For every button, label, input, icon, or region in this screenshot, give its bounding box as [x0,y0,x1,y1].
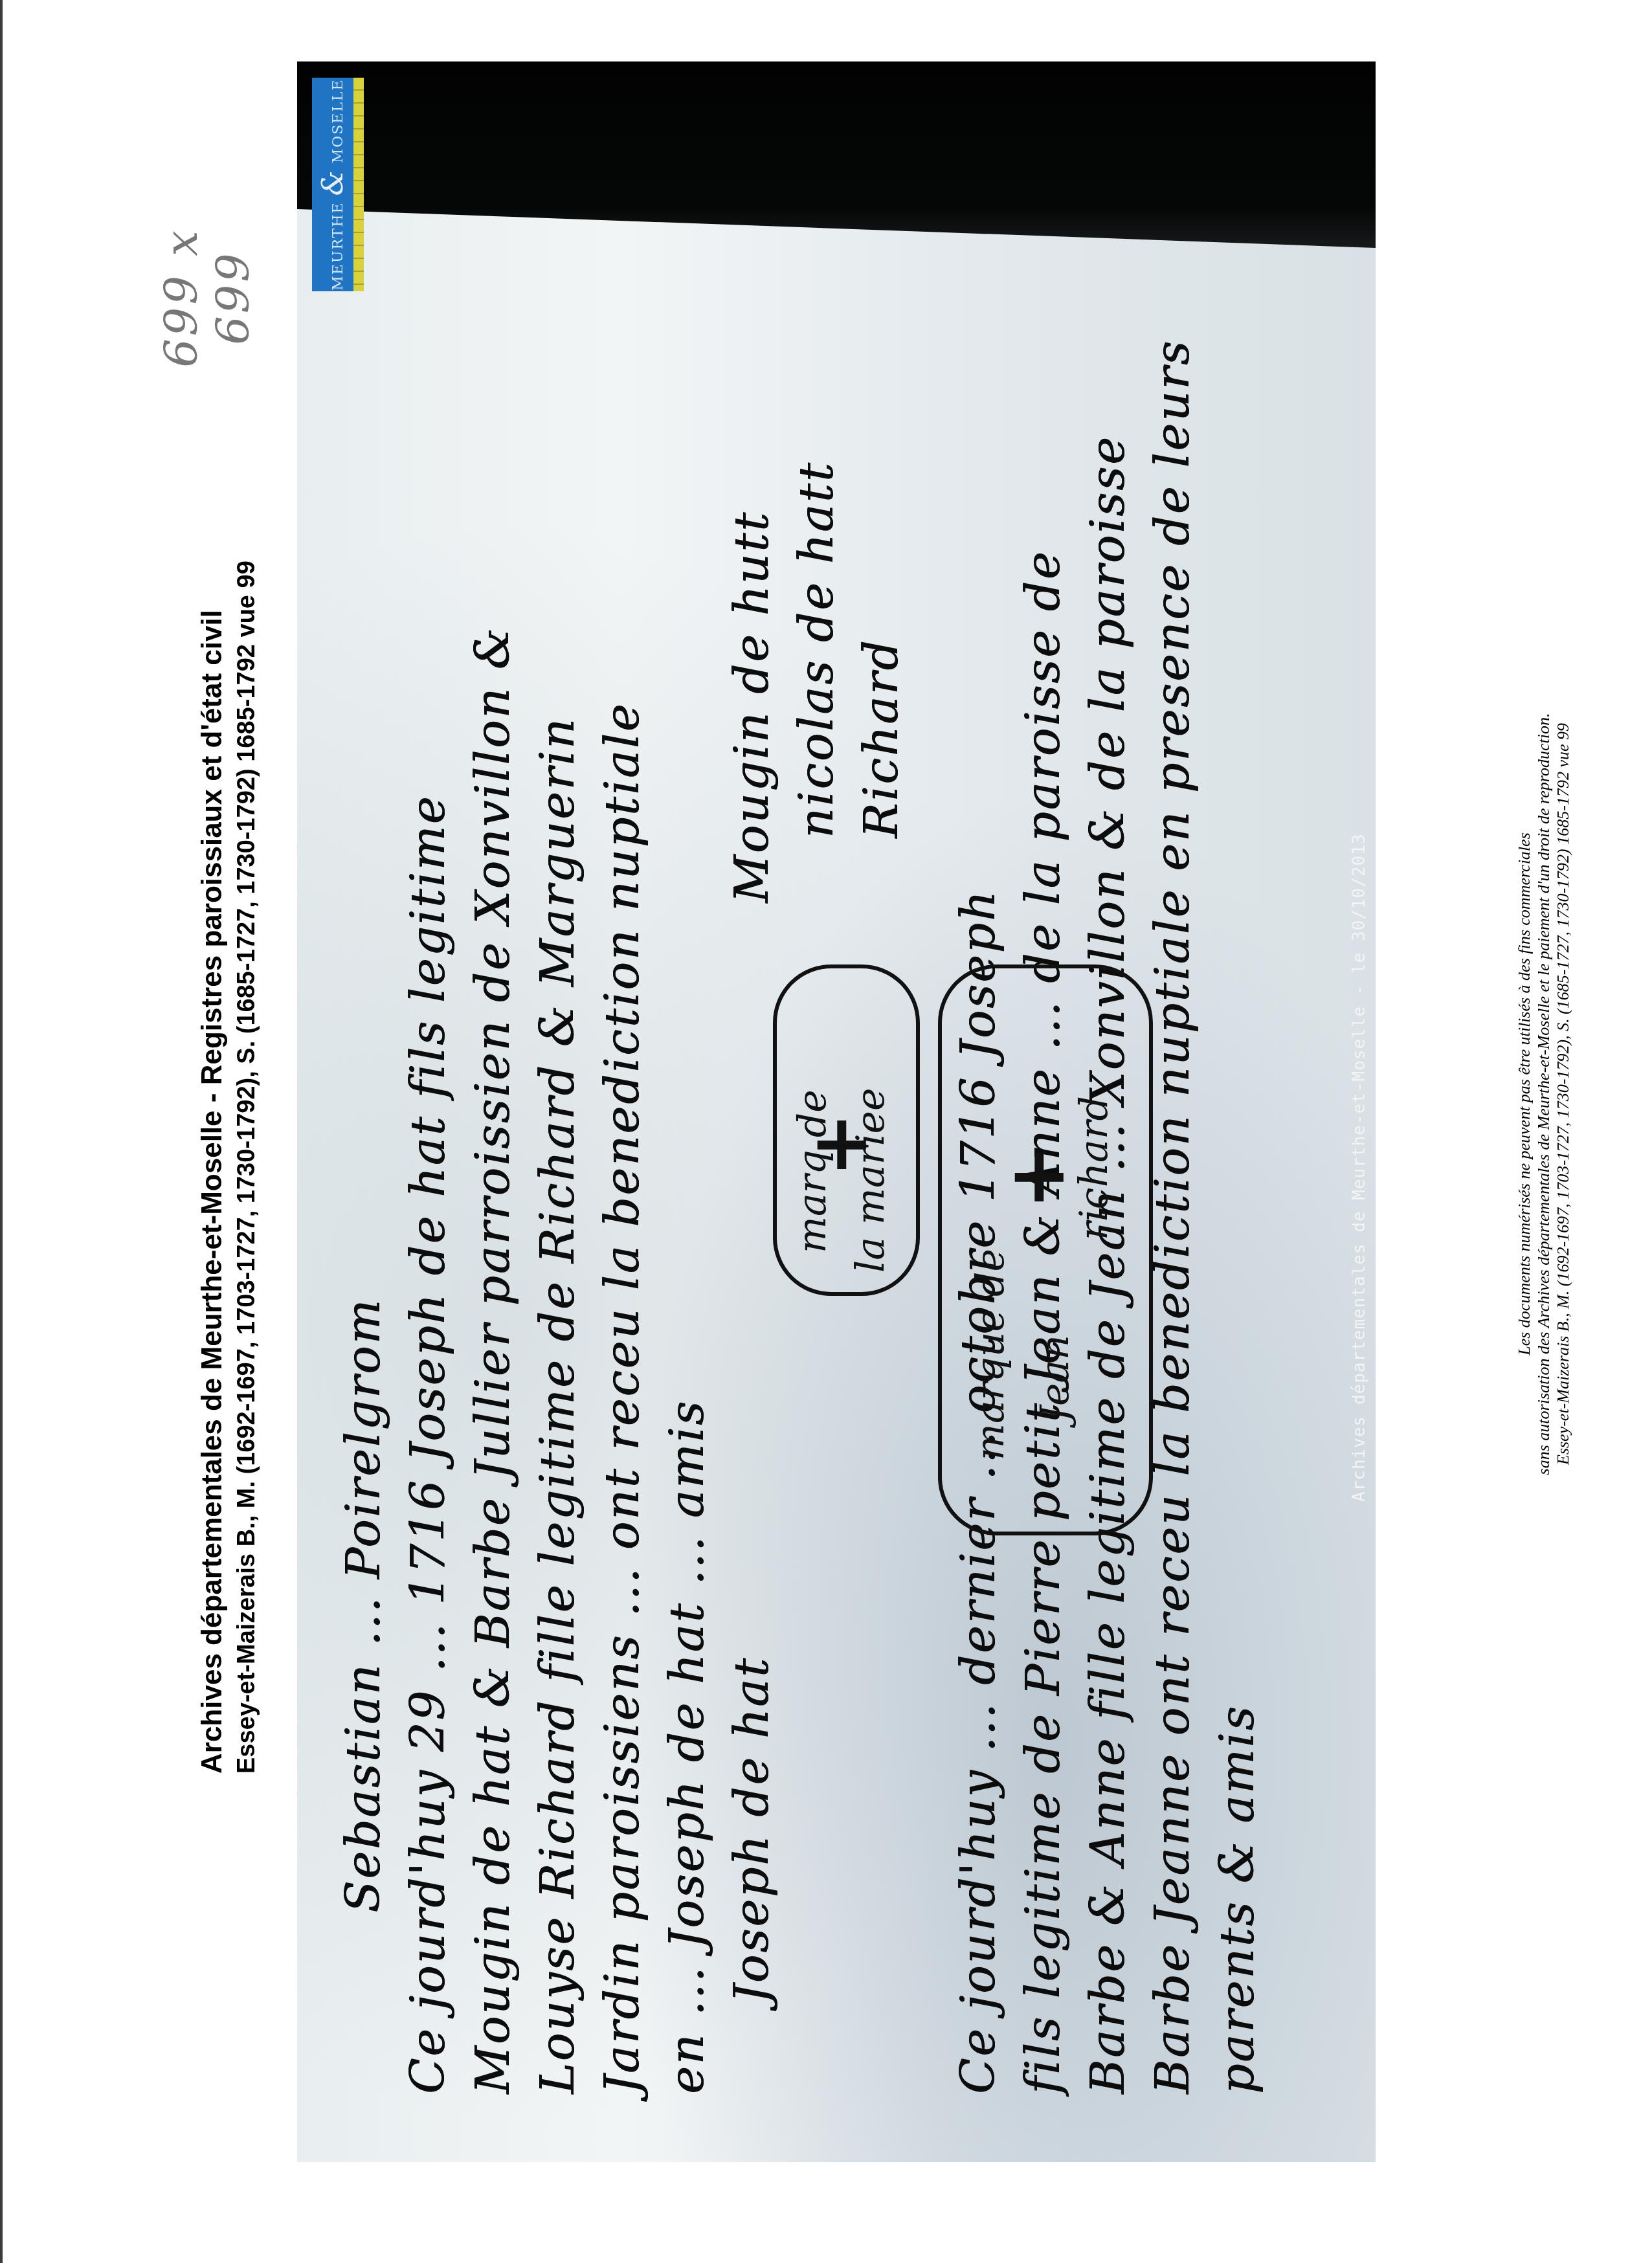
manuscript-signature: Joseph de hat [724,1656,779,2003]
manuscript-signature: Mougin de hutt [724,511,779,903]
manuscript-line: Barbe Jeanne ont receu la benediction nu… [1145,339,1200,2094]
header-title: Archives départementales de Meurthe-et-M… [194,440,230,1774]
manuscript-line: parents & amis [1210,1705,1264,2094]
disclaimer-line: Essey-et-Maizerais B., M. (1692-1697, 17… [1554,680,1573,1508]
mark-label: Jean [1032,1335,1078,1421]
cross-mark-icon: + [1007,1137,1072,1214]
groom-mark-box: marque de Jean richard + [938,964,1153,1535]
disclaimer-line: Les documents numérisés ne peuvent pas ê… [1515,680,1534,1508]
manuscript-line: en ... Joseph de hat ... amis [660,1399,714,2094]
manuscript-line: Jardin paroissiens ... ont receu la bene… [595,702,649,2094]
mark-label: marque de [968,1249,1013,1460]
logo-text: MEURTHE & MOSELLE [317,78,350,290]
logo-text-right: MOSELLE [330,78,346,163]
header-subtitle: Essey-et-Maizerais B., M. (1692-1697, 17… [230,440,263,1774]
logo-blue-strip: MEURTHE & MOSELLE [312,78,353,291]
document-header: Archives départementales de Meurthe-et-M… [194,440,263,1774]
cross-mark-icon: + [809,1104,875,1182]
usage-disclaimer: Les documents numérisés ne peuvent pas ê… [1515,680,1573,1508]
logo-ruler-strip [353,78,364,291]
mark-label: richard [1071,1096,1117,1240]
logo-text-left: MEURTHE [330,201,346,290]
manuscript-signature: nicolas de hatt [789,461,843,838]
bride-mark-box: marq de la mariee + [773,964,920,1296]
manuscript-line: Mougin de hat & Barbe Jullier parroissie… [465,626,520,2094]
manuscript-scan: MEURTHE & MOSELLE Sebastian ... Poirelgr… [297,61,1376,2162]
scan-dark-band [297,61,1376,256]
meurthe-et-moselle-logo: MEURTHE & MOSELLE [312,78,364,291]
disclaimer-line: sans autorisation des Archives départeme… [1534,680,1554,1508]
manuscript-signature: Richard [854,639,908,838]
manuscript-line: Ce jourd'huy 29 ... 1716 Joseph de hat f… [401,795,455,2094]
page-edge [0,0,3,2263]
manuscript-line: Louyse Richard fille legitime de Richard… [530,717,585,2094]
pencil-annotation: 699 x 699 [155,201,207,395]
archive-watermark: Archives départementales de Meurthe-et-M… [1350,833,1369,1502]
logo-ampersand: & [317,169,350,195]
manuscript-line: Sebastian ... Poirelgrom [336,1298,390,1913]
